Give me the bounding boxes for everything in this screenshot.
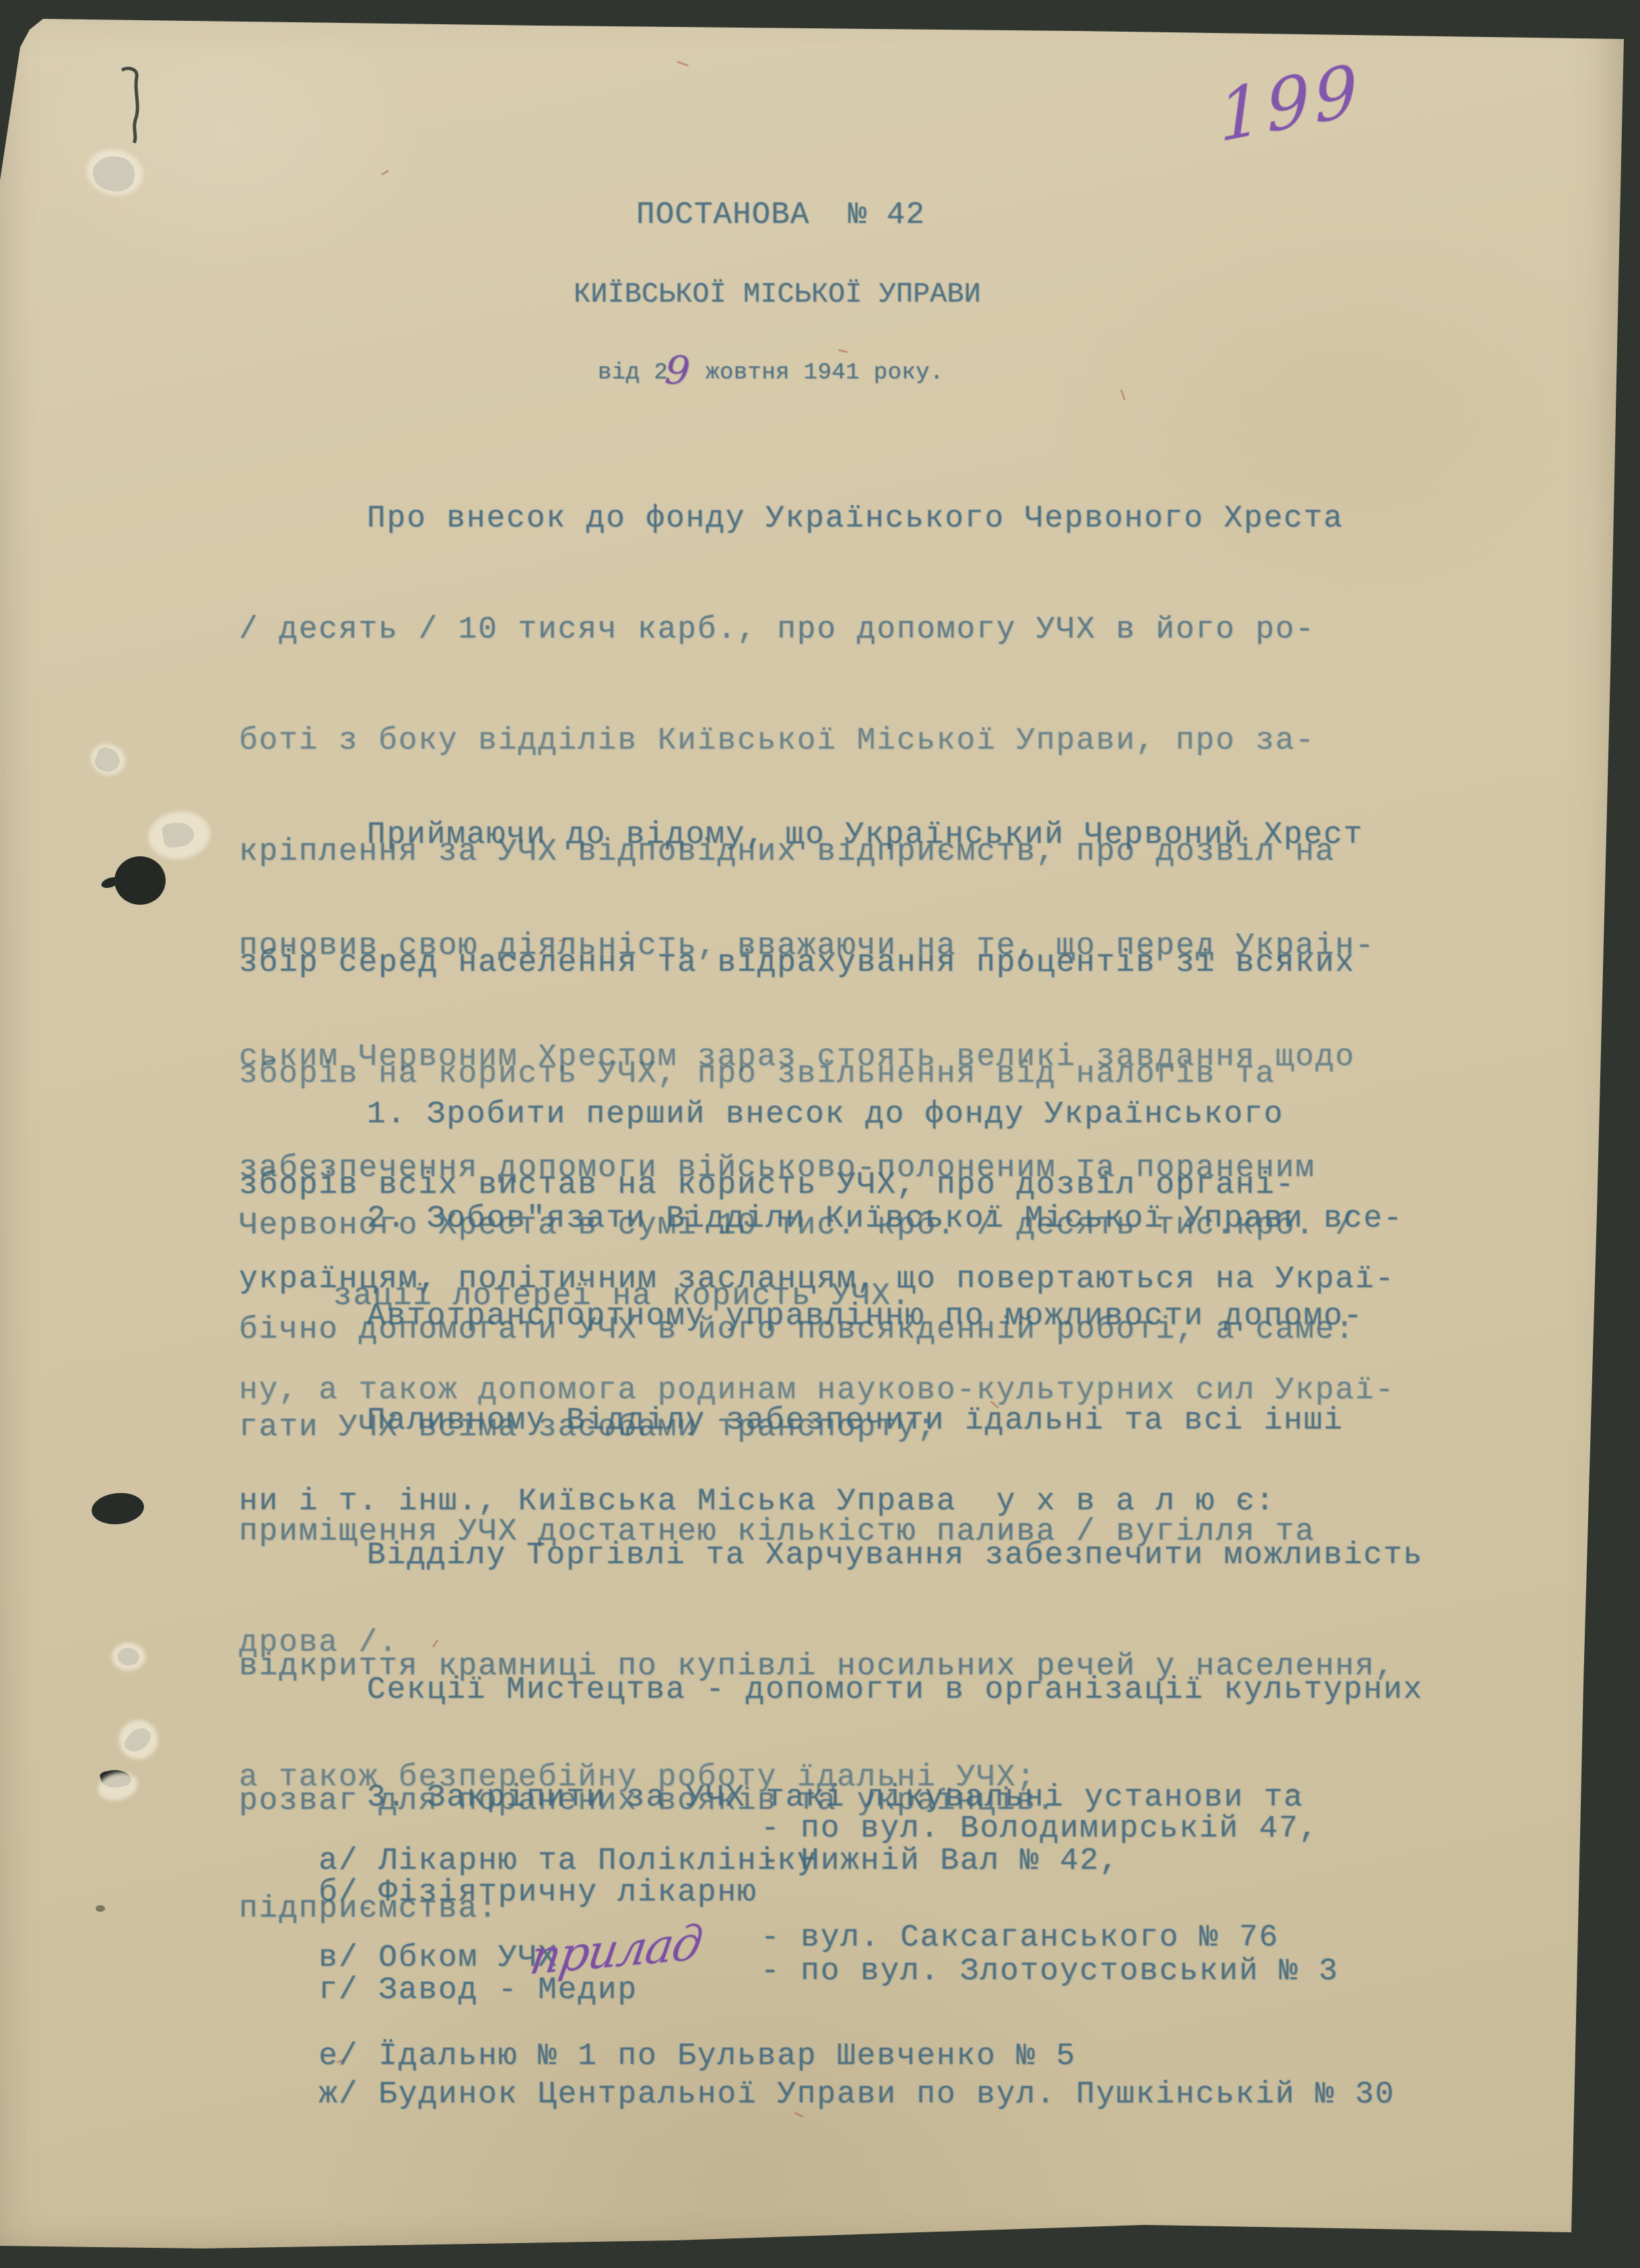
- typed-line: поновив свою діяльність, вважаючи на те,…: [239, 928, 1395, 965]
- ink-scratch: [120, 65, 143, 147]
- typed-line: Про внесок до фонду Українського Червоно…: [239, 500, 1355, 537]
- typed-line: / десять / 10 тисяч карб., про допомогу …: [239, 611, 1355, 648]
- decree-title: ПОСТАНОВА № 42: [636, 197, 925, 232]
- typed-line: Паливному Відділу забезпечити їдальні та…: [239, 1402, 1344, 1439]
- typed-line: Секції Мистецтва - допомогти в організац…: [239, 1672, 1423, 1709]
- decree-subtitle: КИЇВСЬКОЇ МІСЬКОЇ УПРАВИ: [574, 278, 981, 310]
- punch-hole: [92, 745, 123, 775]
- facility-address: - Нижній Вал № 42,: [761, 1843, 1120, 1878]
- decree-date-line: від 29 жовтня 1941 року.: [598, 342, 944, 388]
- facility-label: ж/ Будинок Центральної Управи по вул. Пу…: [318, 2077, 1395, 2112]
- facility-row-zh: ж/ Будинок Центральної Управи по вул. Пу…: [239, 2042, 1395, 2147]
- paper-speck: [96, 1905, 105, 1912]
- facility-address: - вул. Саксаганського № 76: [761, 1920, 1279, 1955]
- punch-hole: [118, 1648, 139, 1665]
- date-typed-prefix: від 2: [598, 360, 668, 386]
- ink-blot: [114, 856, 166, 905]
- typed-line: Приймаючи до відому, що Український Черв…: [239, 817, 1395, 854]
- scanned-document: 199 ПОСТАНОВА № 42 КИЇВСЬКОЇ МІСЬКОЇ УПР…: [0, 0, 1640, 2268]
- date-typed-suffix: жовтня 1941 року.: [691, 360, 943, 386]
- punch-hole: [90, 152, 137, 195]
- handwritten-date-digit: 9: [664, 347, 692, 394]
- punch-hole: [122, 1723, 154, 1757]
- punch-hole: [162, 821, 196, 849]
- facility-address: - по вул. Злотоустовський № 3: [761, 1954, 1339, 1989]
- facility-address: - по вул. Володимирській 47,: [761, 1811, 1319, 1846]
- typed-line: Відділу Торгівлі та Харчування забезпечи…: [239, 1537, 1423, 1574]
